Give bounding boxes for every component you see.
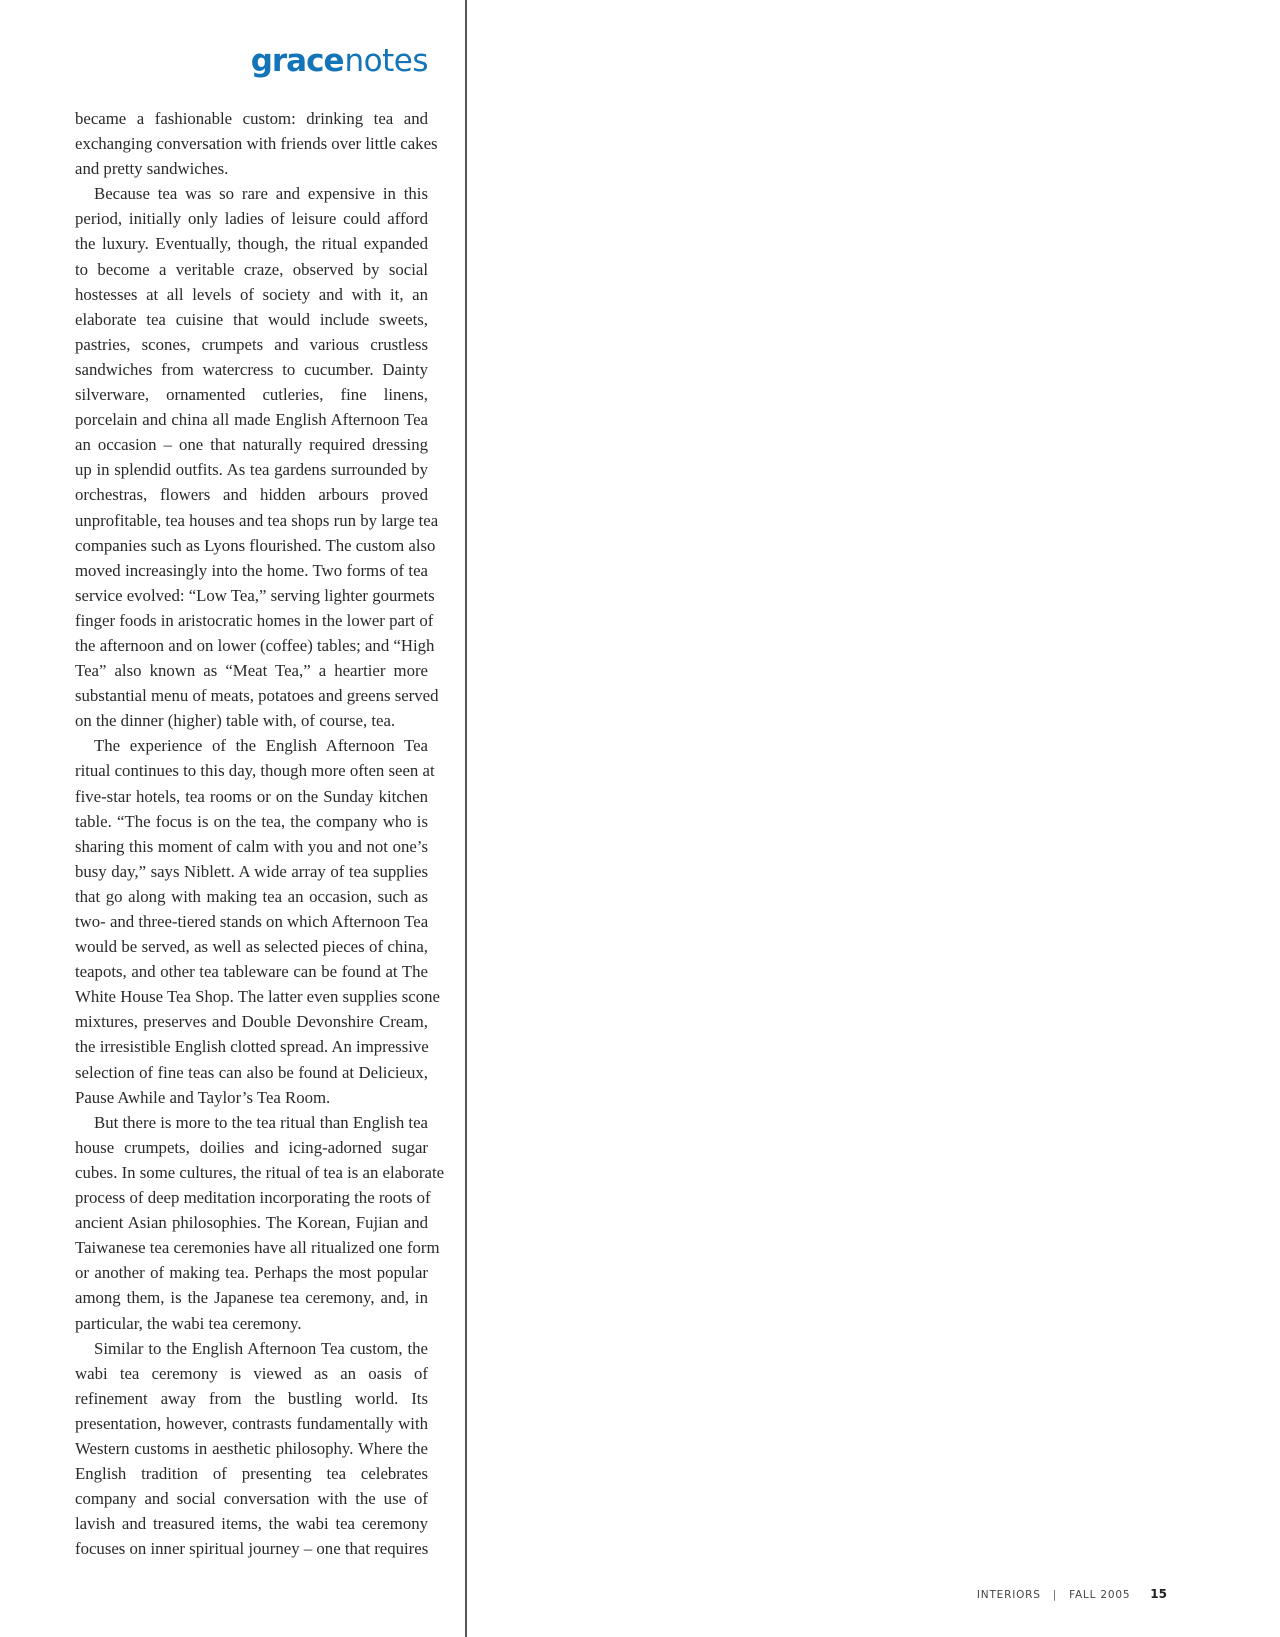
text-line: presentation, however, contrasts fundame… [75, 1411, 428, 1436]
article-paragraph: became a fashionable custom: drinking te… [75, 106, 428, 181]
text-line: an occasion – one that naturally require… [75, 432, 428, 457]
text-line: English tradition of presenting tea cele… [75, 1461, 428, 1486]
text-line: five-star hotels, tea rooms or on the Su… [75, 784, 428, 809]
text-line: silverware, ornamented cutleries, fine l… [75, 382, 428, 407]
text-line: among them, is the Japanese tea ceremony… [75, 1285, 428, 1310]
text-line: refinement away from the bustling world.… [75, 1386, 428, 1411]
text-line: Pause Awhile and Taylor’s Tea Room. [75, 1085, 428, 1110]
text-line: focuses on inner spiritual journey – one… [75, 1536, 428, 1561]
text-line: two- and three-tiered stands on which Af… [75, 909, 428, 934]
text-line: The experience of the English Afternoon … [75, 733, 428, 758]
text-line: teapots, and other tea tableware can be … [75, 959, 428, 984]
gutter-divider [465, 0, 467, 1637]
text-line: Taiwanese tea ceremonies have all ritual… [75, 1235, 428, 1260]
text-line: busy day,” says Niblett. A wide array of… [75, 859, 428, 884]
text-line: and pretty sandwiches. [75, 156, 428, 181]
article-paragraph: Because tea was so rare and expensive in… [75, 181, 428, 733]
text-line: pastries, scones, crumpets and various c… [75, 332, 428, 357]
text-line: company and social conversation with the… [75, 1486, 428, 1511]
text-line: White House Tea Shop. The latter even su… [75, 984, 428, 1009]
text-line: finger foods in aristocratic homes in th… [75, 608, 428, 633]
text-line: Tea” also known as “Meat Tea,” a heartie… [75, 658, 428, 683]
text-line: the irresistible English clotted spread.… [75, 1034, 428, 1059]
text-line: wabi tea ceremony is viewed as an oasis … [75, 1361, 428, 1386]
text-line: period, initially only ladies of leisure… [75, 206, 428, 231]
text-line: sharing this moment of calm with you and… [75, 834, 428, 859]
article-paragraph: The experience of the English Afternoon … [75, 733, 428, 1109]
text-line: porcelain and china all made English Aft… [75, 407, 428, 432]
text-line: that go along with making tea an occasio… [75, 884, 428, 909]
text-line: would be served, as well as selected pie… [75, 934, 428, 959]
magazine-page: gracenotes became a fashionable custom: … [0, 0, 1280, 1637]
text-line: But there is more to the tea ritual than… [75, 1110, 428, 1135]
text-line: exchanging conversation with friends ove… [75, 131, 428, 156]
section-title-bold: grace [251, 43, 344, 79]
text-line: sandwiches from watercress to cucumber. … [75, 357, 428, 382]
text-line: elaborate tea cuisine that would include… [75, 307, 428, 332]
text-line: became a fashionable custom: drinking te… [75, 106, 428, 131]
text-line: hostesses at all levels of society and w… [75, 282, 428, 307]
text-line: service evolved: “Low Tea,” serving ligh… [75, 583, 428, 608]
text-line: up in splendid outfits. As tea gardens s… [75, 457, 428, 482]
text-line: orchestras, flowers and hidden arbours p… [75, 482, 428, 507]
text-line: lavish and treasured items, the wabi tea… [75, 1511, 428, 1536]
text-line: to become a veritable craze, observed by… [75, 257, 428, 282]
section-header: gracenotes [230, 42, 428, 80]
text-line: table. “The focus is on the tea, the com… [75, 809, 428, 834]
text-line: or another of making tea. Perhaps the mo… [75, 1260, 428, 1285]
text-line: cubes. In some cultures, the ritual of t… [75, 1160, 428, 1185]
text-line: on the dinner (higher) table with, of co… [75, 708, 428, 733]
text-line: companies such as Lyons flourished. The … [75, 533, 428, 558]
text-line: moved increasingly into the home. Two fo… [75, 558, 428, 583]
text-line: particular, the wabi tea ceremony. [75, 1311, 428, 1336]
text-line: house crumpets, doilies and icing-adorne… [75, 1135, 428, 1160]
text-line: substantial menu of meats, potatoes and … [75, 683, 428, 708]
text-line: unprofitable, tea houses and tea shops r… [75, 508, 428, 533]
text-line: Western customs in aesthetic philosophy.… [75, 1436, 428, 1461]
article-paragraph: But there is more to the tea ritual than… [75, 1110, 428, 1336]
text-line: mixtures, preserves and Double Devonshir… [75, 1009, 428, 1034]
footer-separator: | [1053, 1589, 1057, 1601]
section-title-light: notes [345, 43, 429, 79]
text-line: Similar to the English Afternoon Tea cus… [75, 1336, 428, 1361]
footer-issue: FALL 2005 [1069, 1589, 1130, 1601]
footer-publication: INTERIORS [977, 1589, 1041, 1601]
text-line: ritual continues to this day, though mor… [75, 758, 428, 783]
text-line: process of deep meditation incorporating… [75, 1185, 428, 1210]
text-line: selection of fine teas can also be found… [75, 1060, 428, 1085]
text-line: Because tea was so rare and expensive in… [75, 181, 428, 206]
text-line: the luxury. Eventually, though, the ritu… [75, 231, 428, 256]
page-number: 15 [1150, 1587, 1167, 1601]
article-paragraph: Similar to the English Afternoon Tea cus… [75, 1336, 428, 1562]
text-line: ancient Asian philosophies. The Korean, … [75, 1210, 428, 1235]
article-body-column: became a fashionable custom: drinking te… [75, 106, 428, 1561]
text-line: the afternoon and on lower (coffee) tabl… [75, 633, 428, 658]
page-footer: INTERIORS | FALL 2005 15 [977, 1587, 1167, 1601]
